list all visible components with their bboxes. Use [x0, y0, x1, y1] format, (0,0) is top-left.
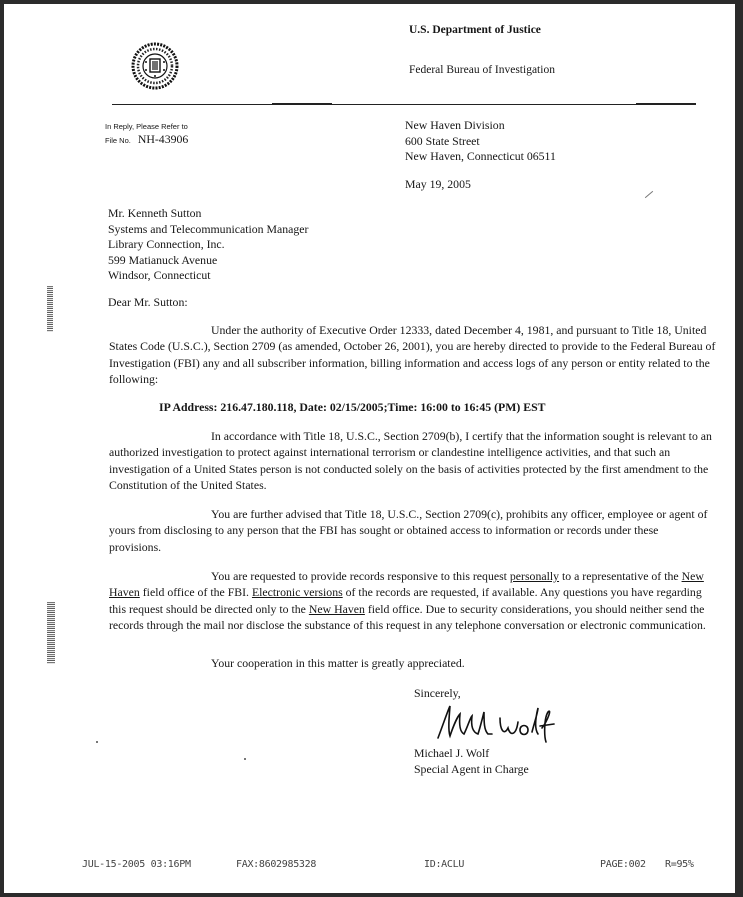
header-divider-accent	[636, 103, 696, 105]
paragraph-nondisclosure-text: You are further advised that Title 18, U…	[109, 507, 707, 554]
file-number-row: File No. NH-43906	[105, 130, 188, 148]
fax-page: PAGE:002	[600, 859, 646, 870]
scan-artifact	[47, 602, 55, 664]
signatory: Michael J. Wolf Special Agent in Charge	[414, 745, 529, 777]
fbi-seal-icon	[131, 42, 179, 90]
paragraph-nondisclosure: You are further advised that Title 18, U…	[109, 506, 709, 555]
paragraph-certification: In accordance with Title 18, U.S.C., Sec…	[109, 428, 717, 493]
fax-datetime: JUL-15-2005 03:16PM	[82, 859, 191, 870]
recipient-address: Mr. Kenneth Sutton Systems and Telecommu…	[108, 206, 308, 284]
instructions-text: field office of the FBI.	[140, 585, 252, 599]
fax-ratio: R=95%	[665, 859, 694, 870]
department-name: U.S. Department of Justice	[409, 24, 541, 36]
paragraph-authority: Under the authority of Executive Order 1…	[109, 322, 721, 387]
recipient-city: Windsor, Connecticut	[108, 268, 308, 284]
document-page: U.S. Department of Justice Federal Burea…	[4, 4, 735, 893]
target-ip-line: IP Address: 216.47.180.118, Date: 02/15/…	[159, 399, 546, 415]
fax-number: FAX:8602985328	[236, 859, 316, 870]
scan-artifact	[645, 191, 653, 198]
underlined-personally: personally	[510, 569, 559, 583]
paragraph-certification-text: In accordance with Title 18, U.S.C., Sec…	[109, 429, 712, 492]
scan-artifact	[244, 758, 246, 760]
valediction: Sincerely,	[414, 685, 461, 701]
sender-address: New Haven Division 600 State Street New …	[405, 118, 556, 165]
fax-id: ID:ACLU	[424, 859, 464, 870]
sender-city: New Haven, Connecticut 06511	[405, 149, 556, 165]
recipient-organization: Library Connection, Inc.	[108, 237, 308, 253]
signature-mark	[434, 702, 574, 744]
closing-appreciation: Your cooperation in this matter is great…	[211, 655, 465, 671]
recipient-street: 599 Matianuck Avenue	[108, 253, 308, 269]
header-divider-accent	[272, 103, 332, 105]
paragraph-instructions: You are requested to provide records res…	[109, 568, 721, 633]
underlined-electronic-versions: Electronic versions	[252, 585, 343, 599]
file-no-label: File No.	[105, 136, 131, 145]
header-divider	[112, 104, 696, 105]
underlined-new-haven: New Haven	[309, 602, 365, 616]
signatory-title: Special Agent in Charge	[414, 761, 529, 777]
salutation: Dear Mr. Sutton:	[108, 294, 188, 310]
file-number: NH-43906	[138, 132, 188, 146]
instructions-text: to a representative of the	[559, 569, 682, 583]
signatory-name: Michael J. Wolf	[414, 745, 529, 761]
sender-division: New Haven Division	[405, 118, 556, 134]
letter-date: May 19, 2005	[405, 176, 471, 192]
paragraph-authority-text: Under the authority of Executive Order 1…	[109, 323, 715, 386]
sender-street: 600 State Street	[405, 134, 556, 150]
recipient-name: Mr. Kenneth Sutton	[108, 206, 308, 222]
recipient-title: Systems and Telecommunication Manager	[108, 222, 308, 238]
bureau-name: Federal Bureau of Investigation	[409, 64, 555, 76]
scan-artifact	[96, 741, 98, 743]
scan-artifact	[47, 286, 53, 332]
instructions-text: You are requested to provide records res…	[211, 569, 510, 583]
